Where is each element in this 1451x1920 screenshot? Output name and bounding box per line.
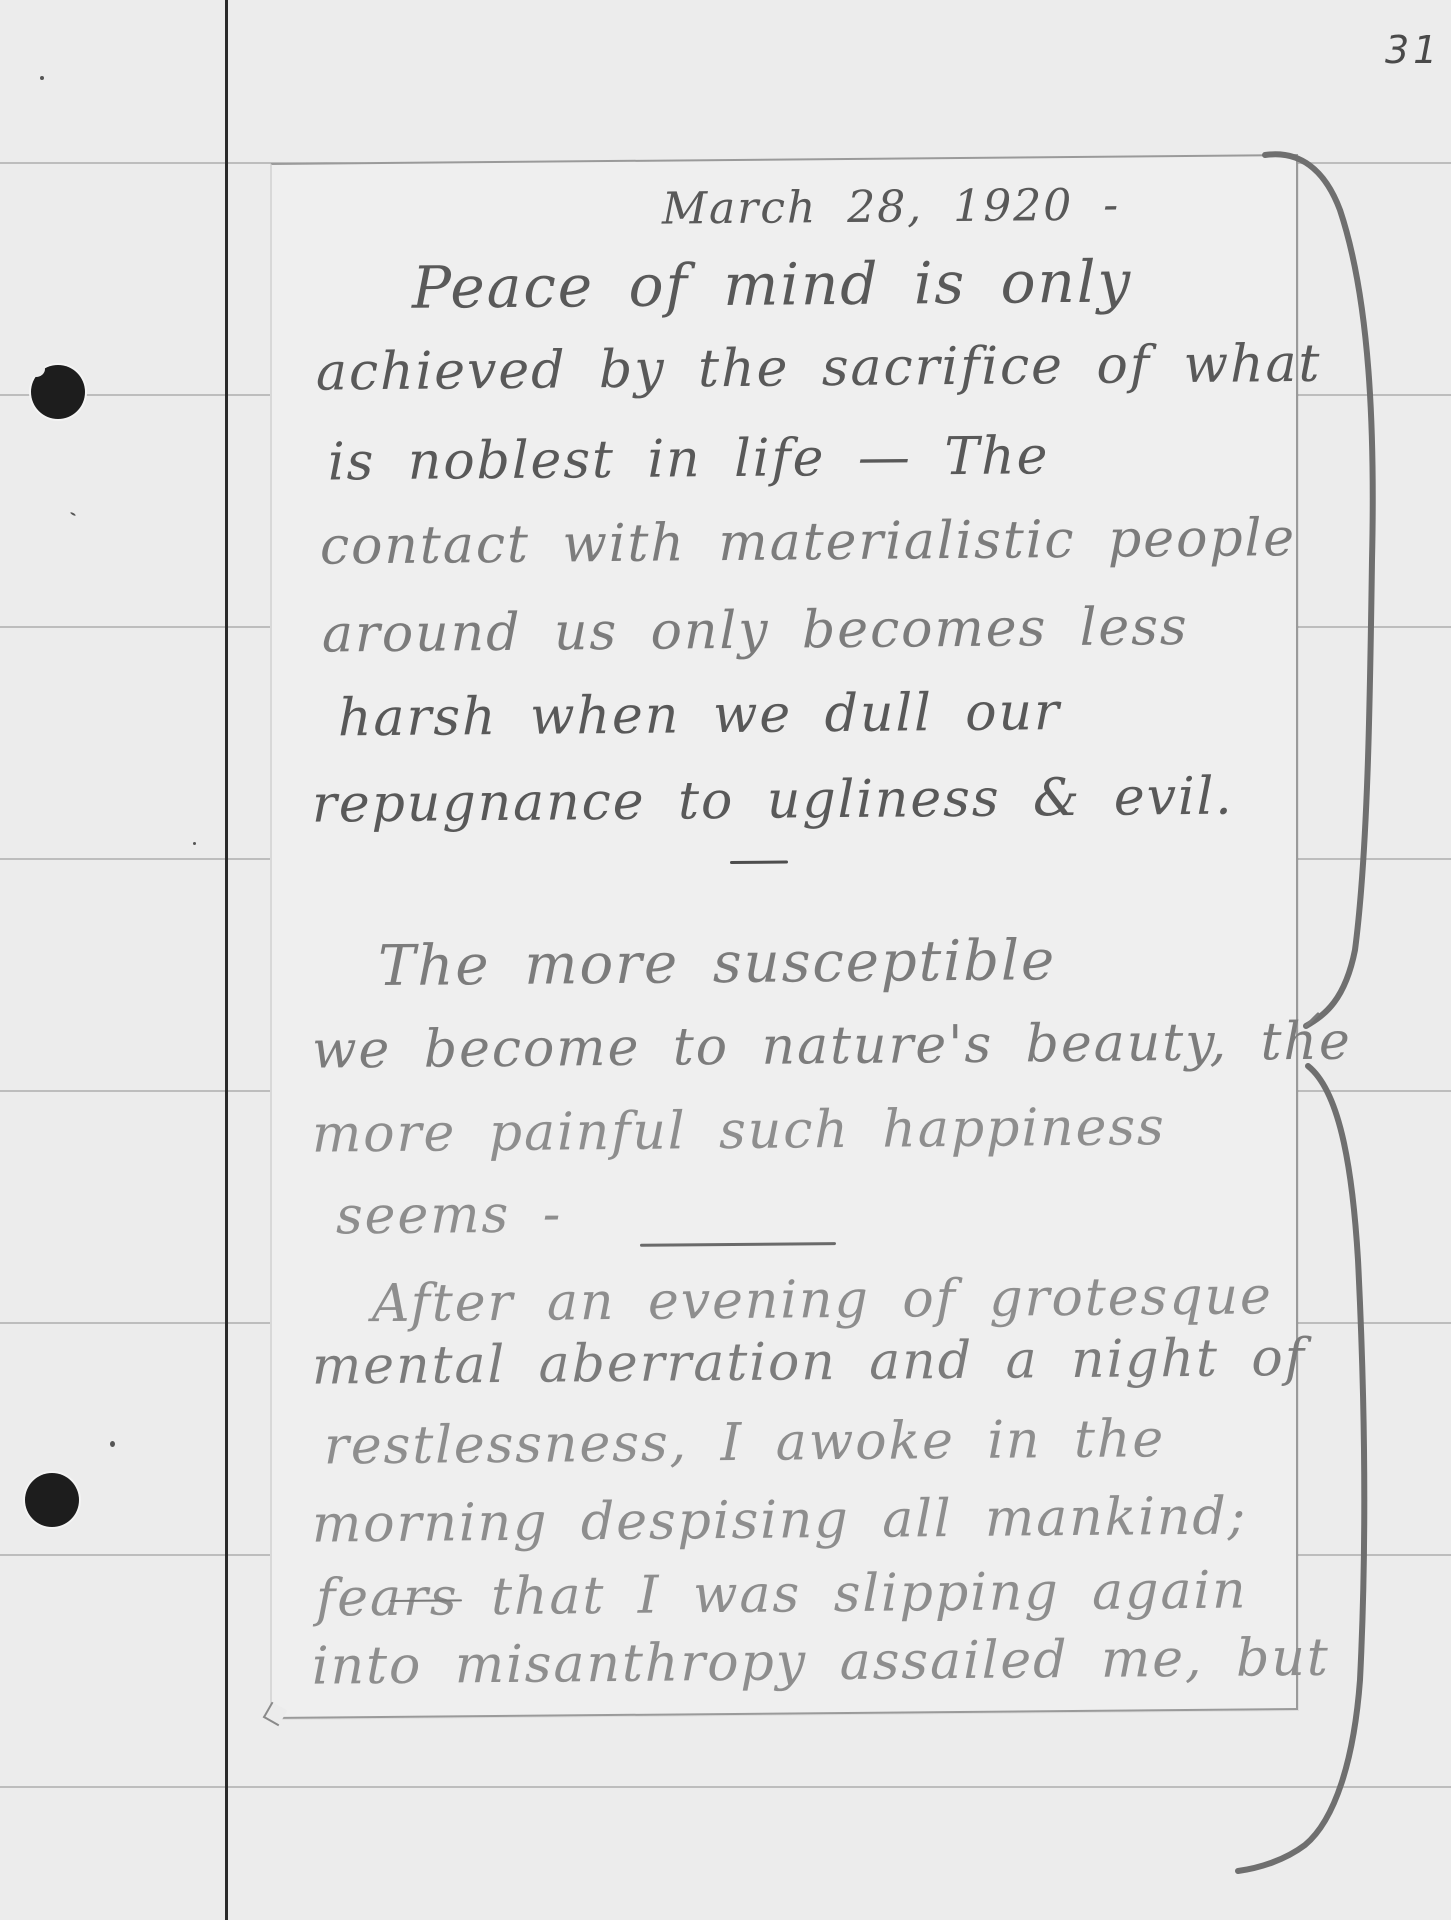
paper-speck [110, 1441, 115, 1447]
text-line: The more susceptible [378, 928, 1056, 999]
text-line: restlessness, I awoke in the [324, 1409, 1165, 1476]
text-line: is noblest in life — The [328, 426, 1049, 492]
folded-corner [263, 1702, 288, 1727]
notebook-page: 31 March 28, 1920 - Peace of mind is onl… [0, 0, 1451, 1920]
text-line: seems - [336, 1184, 562, 1246]
text-line: fears that I was slipping again [316, 1560, 1248, 1628]
text-line: harsh when we dull our [338, 682, 1061, 748]
page-number: 31 [1385, 28, 1441, 72]
text-line: more painful such happiness [312, 1097, 1166, 1164]
paper-speck [70, 512, 76, 517]
paper-speck [193, 842, 196, 845]
text-line: repugnance to ugliness & evil. [312, 767, 1234, 835]
text-line: morning despising all mankind; [312, 1486, 1247, 1554]
text-line: Peace of mind is only [412, 247, 1132, 321]
text-line: After an evening of grotesque [372, 1266, 1273, 1334]
tipped-in-sheet: March 28, 1920 - Peace of mind is only a… [270, 154, 1298, 1719]
section-divider [640, 1242, 836, 1247]
text-line: we become to nature's beauty, the [312, 1012, 1352, 1081]
text-line: around us only becomes less [322, 597, 1189, 665]
text-line: mental aberration and a night of [312, 1328, 1306, 1397]
text-line: achieved by the sacrifice of what [316, 334, 1321, 403]
margin-line [225, 0, 228, 1920]
punch-hole-top [31, 365, 85, 419]
punch-hole-bottom [25, 1473, 79, 1527]
paper-speck [40, 76, 44, 80]
text-line: contact with materialistic people [320, 508, 1296, 577]
underline-mark [730, 860, 788, 864]
text-line: into misanthropy assailed me, but [312, 1628, 1330, 1697]
entry-date: March 28, 1920 - [662, 180, 1120, 235]
